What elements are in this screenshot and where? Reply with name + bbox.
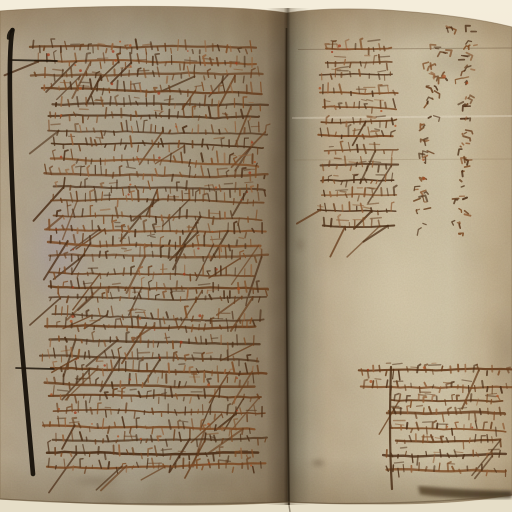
- fold-line-tail: [289, 505, 290, 512]
- script-stroke: [10, 60, 57, 61]
- manuscript-render: [0, 0, 512, 512]
- grain-texture: [0, 0, 512, 512]
- manuscript-photo: [0, 0, 512, 512]
- gutter-fold: [266, 8, 310, 512]
- script-stroke: [16, 368, 54, 369]
